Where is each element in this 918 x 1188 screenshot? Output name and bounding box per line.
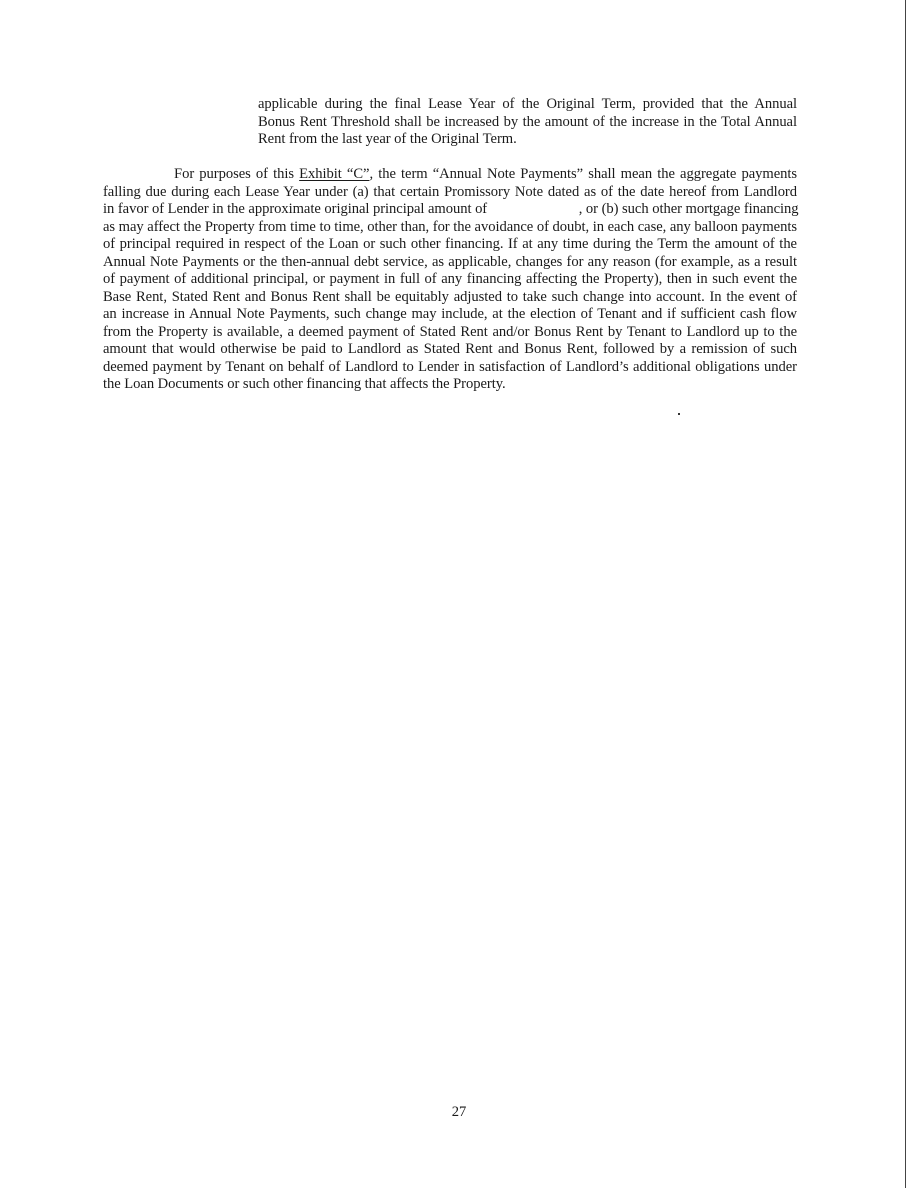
paragraph-line: falling due during each Lease Year under… — [103, 184, 797, 201]
paragraph-line: deemed payment by Tenant on behalf of La… — [103, 359, 797, 376]
scan-edge-line — [905, 0, 906, 1188]
paragraph-line: from the Property is available, a deemed… — [103, 324, 797, 341]
paragraph-text: , or (b) such other mortgage financing — [579, 201, 799, 217]
paragraph-line: the Loan Documents or such other financi… — [103, 376, 797, 393]
paragraph-text: in favor of Lender in the approximate or… — [103, 201, 487, 217]
page-number: 27 — [0, 1104, 918, 1121]
paragraph-line: Base Rent, Stated Rent and Bonus Rent sh… — [103, 289, 797, 306]
paragraph-line: in favor of Lender in the approximate or… — [103, 201, 797, 218]
scan-speck — [678, 413, 680, 415]
continuation-line: Bonus Rent Threshold shall be increased … — [258, 114, 797, 131]
paragraph-text: , the term “Annual Note Payments” shall … — [369, 166, 797, 182]
continuation-line: Rent from the last year of the Original … — [258, 131, 797, 148]
document-page: applicable during the final Lease Year o… — [0, 0, 918, 1188]
paragraph-line: an increase in Annual Note Payments, suc… — [103, 306, 797, 323]
paragraph-line: Annual Note Payments or the then-annual … — [103, 254, 797, 271]
exhibit-reference: Exhibit “C” — [299, 166, 369, 182]
paragraph-text: For purposes of this — [174, 166, 299, 182]
paragraph-line: of principal required in respect of the … — [103, 236, 797, 253]
paragraph-line: amount that would otherwise be paid to L… — [103, 341, 797, 358]
paragraph-line: For purposes of this Exhibit “C”, the te… — [174, 166, 797, 183]
paragraph-line: of payment of additional principal, or p… — [103, 271, 797, 288]
continuation-line: applicable during the final Lease Year o… — [258, 96, 797, 113]
paragraph-line: as may affect the Property from time to … — [103, 219, 797, 236]
